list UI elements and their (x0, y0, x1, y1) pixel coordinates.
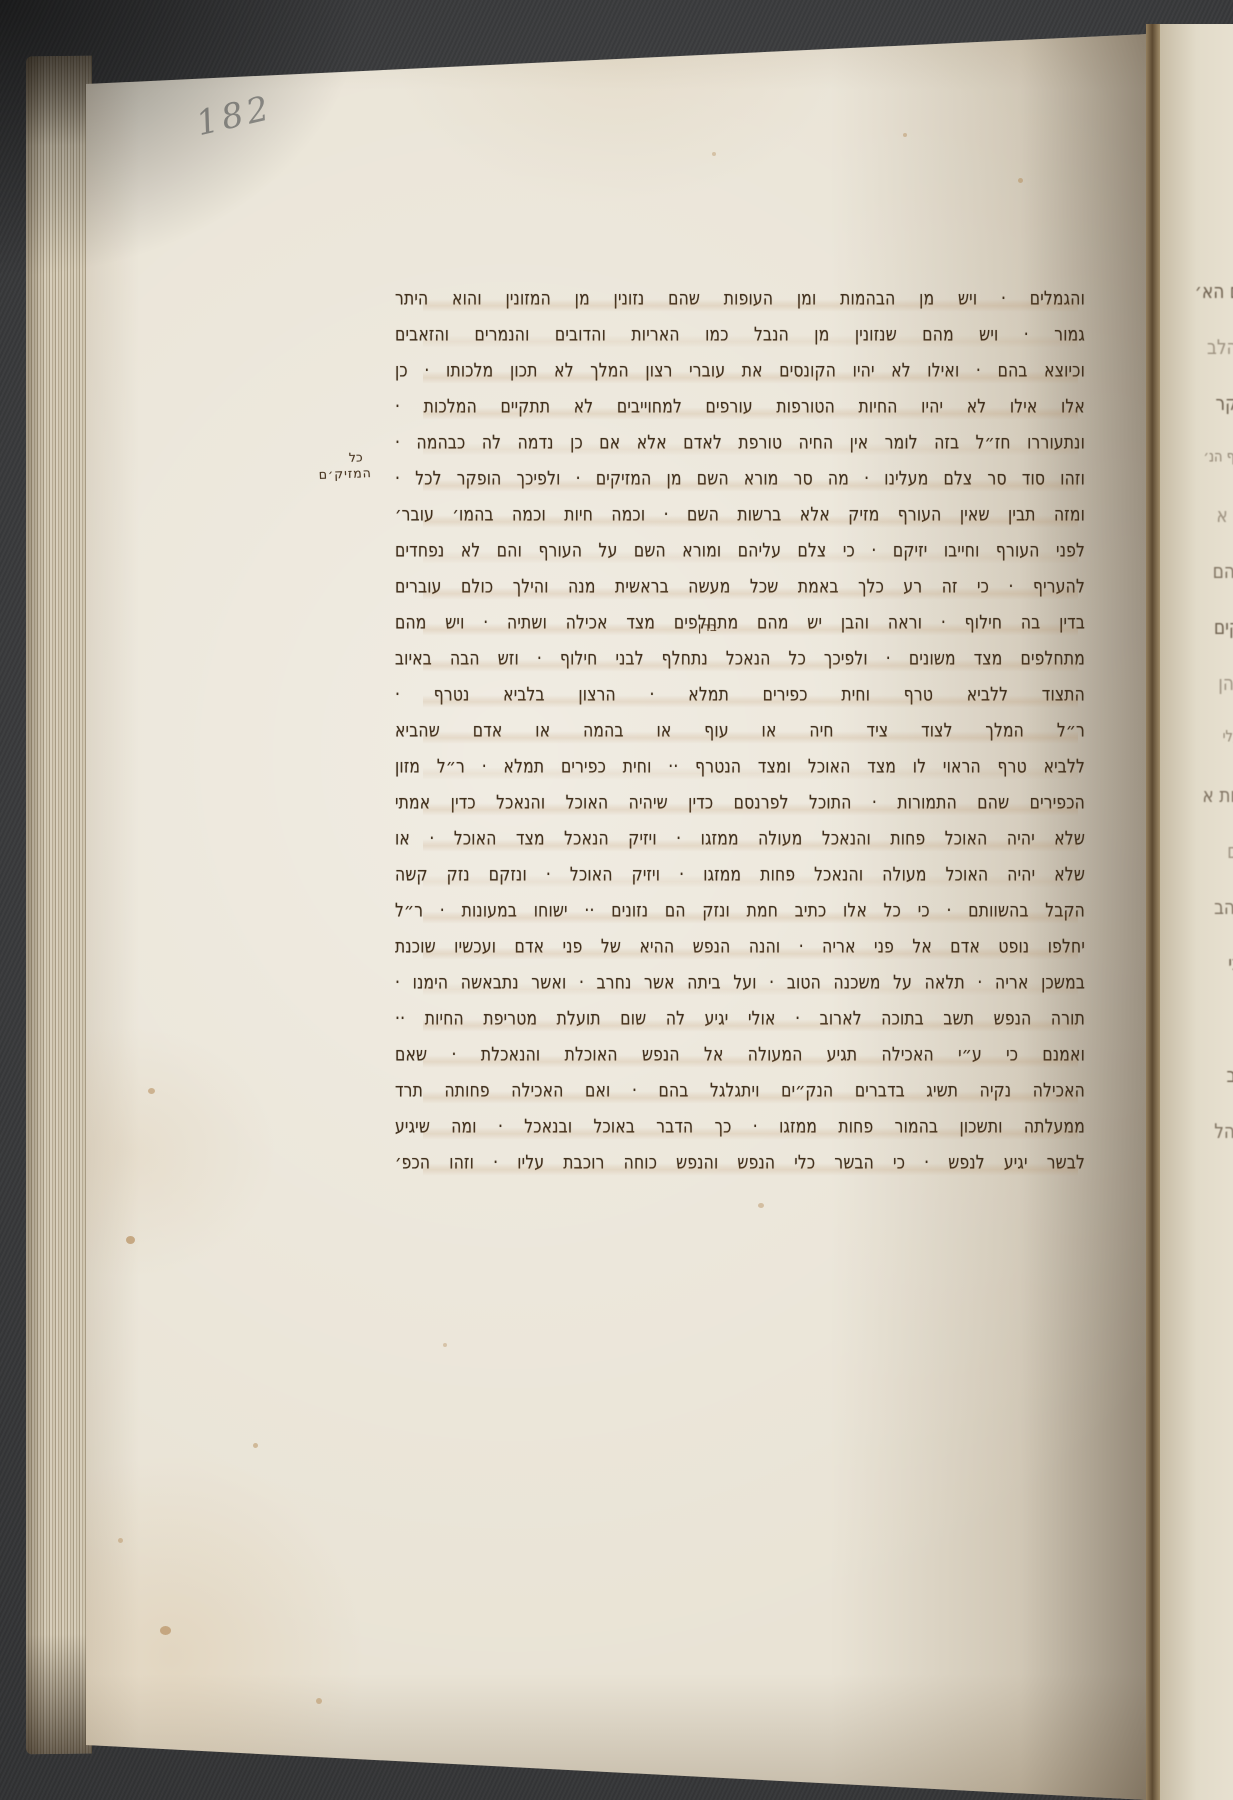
manuscript-text-line: לבשר יגיע לנפש · כי הבשר כלי הנפש והנפש … (395, 1140, 1085, 1184)
facing-page-text-fragment: אהלב (1207, 336, 1233, 360)
facing-page-text-fragment: ם הא׳ (1195, 280, 1233, 304)
margin-note-line: המזיק׳ם (298, 464, 393, 483)
facing-page-text-fragment: ל הן (1218, 672, 1233, 696)
facing-page-text-fragment: כי (1228, 952, 1233, 976)
facing-page-text-fragment: הם (1213, 560, 1233, 584)
facing-page-text-fragment: הב (1214, 896, 1233, 920)
facing-page-text-fragment: עלי (1223, 729, 1233, 747)
facing-page-text-fragment: קים (1214, 616, 1233, 640)
manuscript-photo-scene: 182 כל המזיק׳ם בדין והגמלים · ויש מן הבה… (0, 0, 1233, 1800)
facing-page-text-fragment: שי א (1216, 504, 1233, 528)
facing-page-text-fragment: וב (1227, 1064, 1233, 1088)
margin-note: כל המזיק׳ם (297, 448, 392, 483)
facing-page-text-fragment: ף הנ׳ (1203, 449, 1233, 467)
gutter-crease (1146, 24, 1160, 1800)
facing-page-text-fragment: ות א (1202, 784, 1233, 808)
facing-page-edge: ם הא׳אהלביקרף הנ׳שי אהםקיםל הןעליות אנים… (1160, 24, 1233, 1800)
manuscript-text-block: והגמלים · ויש מן הבהמות ומן העופות שהם נ… (395, 281, 1085, 1181)
facing-page-text-fragment: יקר (1216, 392, 1233, 416)
facing-page-text-fragment: הל (1214, 1120, 1233, 1144)
facing-page-text-fragment: נים (1227, 840, 1233, 864)
book-leaf-edges (26, 56, 92, 1755)
